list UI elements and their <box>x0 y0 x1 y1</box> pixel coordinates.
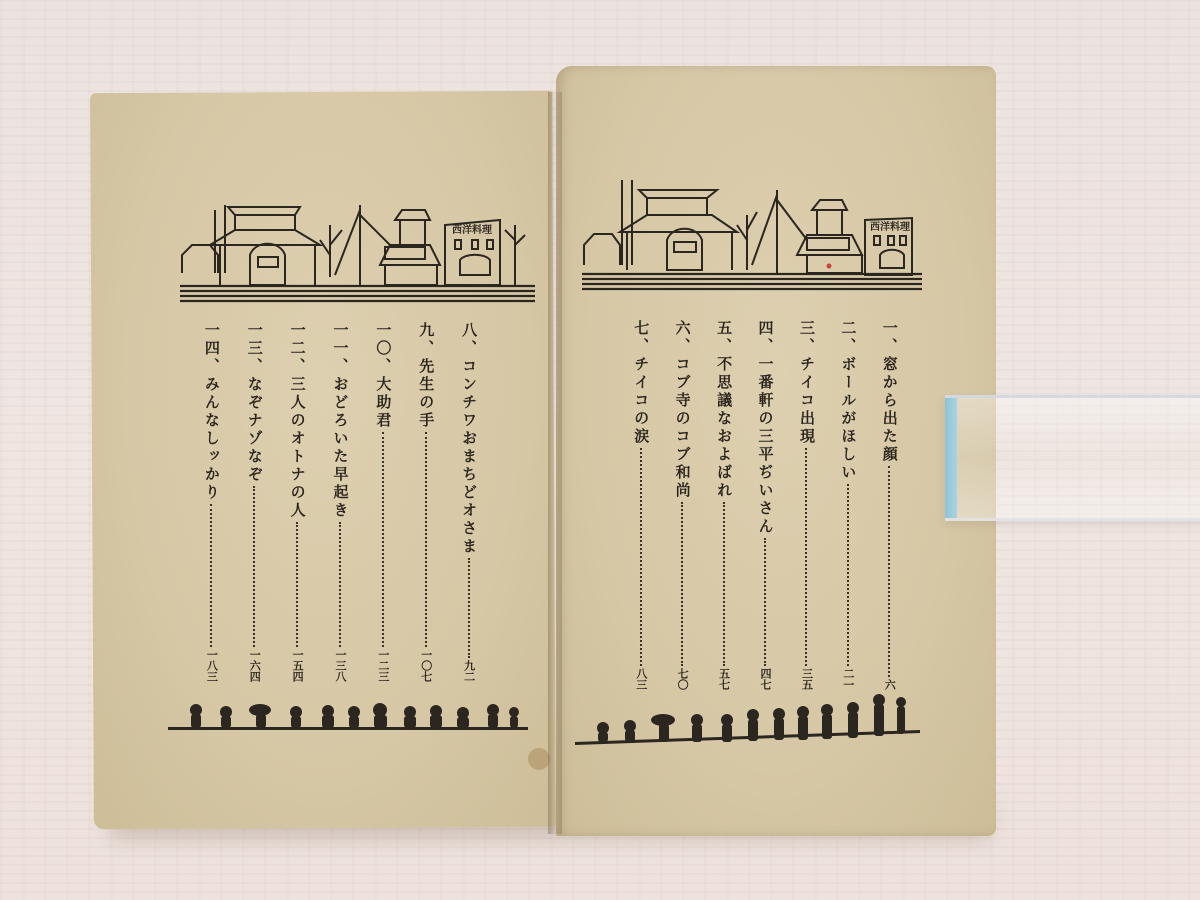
toc-entry: 六、コブ寺のコブ和尚 七〇 <box>661 320 702 690</box>
leader-dots <box>253 486 255 647</box>
svg-text:西洋料理: 西洋料理 <box>452 223 493 236</box>
toc-entry: 一二、三人のオトナの人 一五四 <box>276 322 319 682</box>
page-number: 一三八 <box>332 649 348 682</box>
toc-entry: 一四、みんなしッかり 一八三 <box>190 322 233 682</box>
page-number: 八三 <box>633 668 649 690</box>
toc-entry: 五、不思議なおよばれ 五七 <box>703 320 744 690</box>
chapter-title: 一一、おどろいた早起き <box>332 322 347 520</box>
townscape-illustration-right: 西洋料理 <box>582 170 922 295</box>
chapter-title: 一、窓から出た顔 <box>882 320 897 464</box>
book-gutter <box>548 92 562 834</box>
page-number: 一六四 <box>246 649 262 682</box>
page-number: 三五 <box>798 668 814 690</box>
page-number: 九二 <box>461 660 477 682</box>
leader-dots <box>888 466 890 677</box>
toc-entry: 二、ボールがほしい 二一 <box>827 320 868 690</box>
leader-dots <box>425 432 427 647</box>
page-number: 五七 <box>716 668 732 690</box>
leader-dots <box>339 522 341 647</box>
page-number: 一〇七 <box>418 649 434 682</box>
chapter-title: 二、ボールがほしい <box>840 320 855 482</box>
chapter-title: 一〇、大助君 <box>375 322 390 430</box>
leader-dots <box>805 448 807 666</box>
leader-dots <box>764 538 766 666</box>
chapter-title: 六、コブ寺のコブ和尚 <box>675 320 690 500</box>
table-of-contents-left: 八、コンチワおまちどオさま 九二 九、先生の手 一〇七 一〇、大助君 一二三 一… <box>190 322 490 682</box>
toc-entry: 八、コンチワおまちどオさま 九二 <box>447 322 490 682</box>
townscape-illustration-left: 西洋料理 <box>180 185 535 305</box>
page-number: 四七 <box>757 668 773 690</box>
chapter-title: 四、一番軒の三平ぢいさん <box>758 320 773 536</box>
page-number: 一八三 <box>203 649 219 682</box>
paperweight-edge <box>945 398 957 518</box>
table-of-contents-right: 一、窓から出た顔 六 二、ボールがほしい 二一 三、チイコ出現 三五 四、一番軒… <box>620 320 910 690</box>
leader-dots <box>723 502 725 666</box>
acrylic-paperweight <box>945 395 1200 521</box>
leader-dots <box>847 484 849 666</box>
page-number: 一五四 <box>289 649 305 682</box>
chapter-title: 三、チイコ出現 <box>799 320 814 446</box>
leader-dots <box>296 522 298 647</box>
toc-entry: 四、一番軒の三平ぢいさん 四七 <box>744 320 785 690</box>
toc-entry: 七、チイコの涙 八三 <box>620 320 661 690</box>
page-number: 六 <box>881 679 897 690</box>
page-number: 二一 <box>840 668 856 690</box>
stain <box>528 748 550 770</box>
chapter-title: 七、チイコの涙 <box>633 320 648 446</box>
chapter-title: 九、先生の手 <box>418 322 433 430</box>
page-number: 七〇 <box>674 668 690 690</box>
chapter-title: 八、コンチワおまちどオさま <box>461 322 476 556</box>
toc-entry: 一〇、大助君 一二三 <box>361 322 404 682</box>
children-silhouettes-right <box>575 690 920 745</box>
page-number: 一二三 <box>375 649 391 682</box>
toc-entry: 一三、なぞナゾなぞ 一六四 <box>233 322 276 682</box>
toc-entry: 一、窓から出た顔 六 <box>869 320 910 690</box>
toc-entry: 一一、おどろいた早起き 一三八 <box>319 322 362 682</box>
leader-dots <box>468 558 470 658</box>
chapter-title: 一二、三人のオトナの人 <box>290 322 305 520</box>
children-silhouettes-left <box>168 700 528 732</box>
toc-entry: 三、チイコ出現 三五 <box>786 320 827 690</box>
toc-entry: 九、先生の手 一〇七 <box>404 322 447 682</box>
chapter-title: 一四、みんなしッかり <box>204 322 219 502</box>
chapter-title: 一三、なぞナゾなぞ <box>247 322 262 484</box>
leader-dots <box>640 448 642 666</box>
leader-dots <box>681 502 683 666</box>
chapter-title: 五、不思議なおよばれ <box>716 320 731 500</box>
svg-text:西洋料理: 西洋料理 <box>870 220 911 233</box>
leader-dots <box>382 432 384 647</box>
leader-dots <box>210 504 212 647</box>
